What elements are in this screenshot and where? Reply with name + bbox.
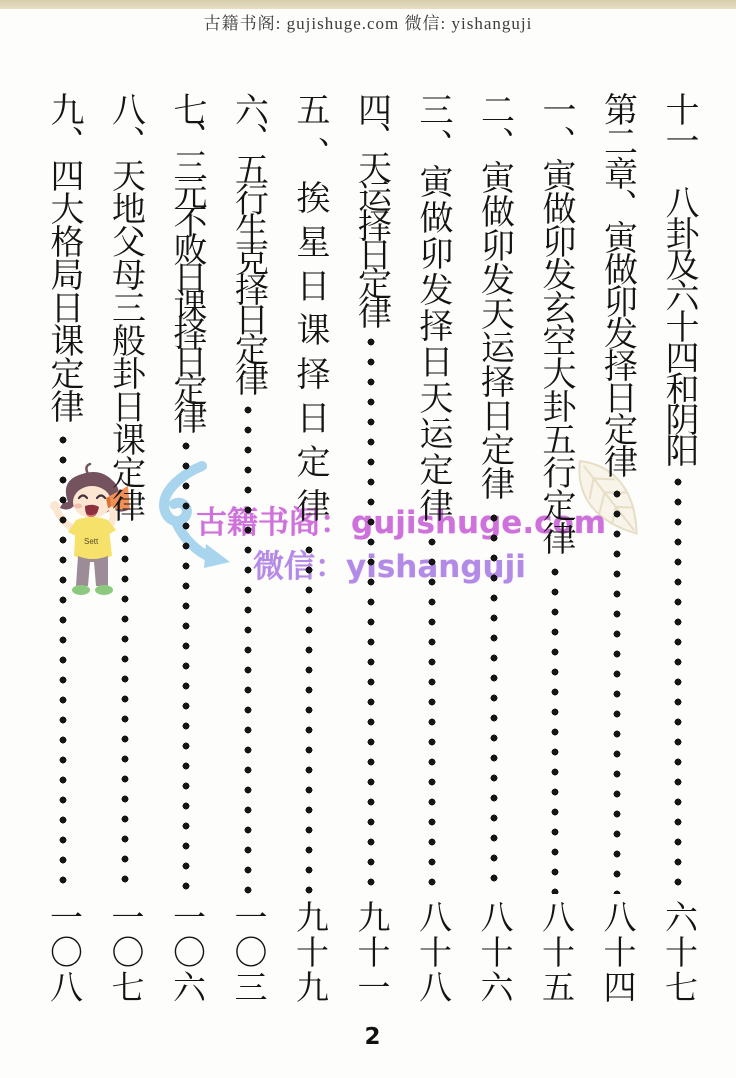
- toc-entry-page: 一〇八: [43, 900, 83, 1005]
- toc-entry: 三、寅做卯发择日天运定律 八十八: [412, 92, 452, 1005]
- toc-entry: 一、寅做卯发玄空大卦五行定律 八十五: [535, 92, 575, 1005]
- toc-entry-title: 三、寅做卯发择日天运定律: [412, 92, 452, 524]
- dot-leader: [549, 562, 561, 894]
- toc-entry-page: 八十五: [535, 900, 575, 1005]
- toc-entry: 五、挨星日课择日定律 九十九: [289, 92, 329, 1005]
- toc-entry-title: 九、四大格局日课定律: [43, 92, 83, 422]
- toc-entry-title: 五、挨星日课择日定律: [289, 92, 329, 532]
- toc-entry: 八、天地父母三般卦日课定律 一〇七: [105, 92, 145, 1005]
- toc-entry-page: 一〇六: [166, 900, 206, 1005]
- dot-leader: [119, 529, 131, 894]
- page-top-bar: [0, 0, 736, 9]
- toc-entry-title: 十一 八卦及六十四和阴阳: [658, 92, 698, 464]
- toc-entry-title: 八、天地父母三般卦日课定律: [105, 92, 145, 521]
- toc-entry-title: 四、天运择日定律: [351, 92, 391, 324]
- toc-entry: 九、四大格局日课定律 一〇八: [43, 92, 83, 1005]
- toc-entry-page: 八十八: [412, 900, 452, 1005]
- dot-leader: [242, 400, 254, 894]
- toc-entry-page: 一〇七: [105, 900, 145, 1005]
- dot-leader: [611, 484, 623, 894]
- dot-leader: [303, 540, 315, 894]
- toc-entry: 第二章、寅做卯发择日定律 八十四: [597, 92, 637, 1005]
- toc-entry-page: 六十七: [658, 900, 698, 1005]
- toc-entry-title: 六、五行生克择日定律: [228, 92, 268, 392]
- dot-leader: [365, 332, 377, 894]
- page-number: 2: [0, 1024, 736, 1050]
- table-of-contents: 十一 八卦及六十四和阴阳 六十七 第二章、寅做卯发择日定律 八十四 一、寅做卯发…: [42, 92, 698, 1005]
- dot-leader: [426, 532, 438, 894]
- header-watermark-text: 古籍书阁: gujishuge.com 微信: yishanguji: [0, 9, 736, 35]
- dot-leader: [180, 436, 192, 894]
- toc-entry-page: 一〇三: [228, 900, 268, 1005]
- dot-leader: [672, 472, 684, 894]
- toc-entry-title: 二、寅做卯发天运择日定律: [474, 92, 514, 500]
- toc-entry-page: 八十四: [597, 900, 637, 1005]
- dot-leader: [488, 508, 500, 894]
- toc-entry-page: 九十一: [351, 900, 391, 1005]
- toc-entry: 四、天运择日定律 九十一: [351, 92, 391, 1005]
- toc-entry: 二、寅做卯发天运择日定律 八十六: [474, 92, 514, 1005]
- toc-entry-page: 九十九: [289, 900, 329, 1005]
- toc-entry-title: 一、寅做卯发玄空大卦五行定律: [535, 92, 575, 554]
- toc-entry: 六、五行生克择日定律 一〇三: [228, 92, 268, 1005]
- toc-entry-page: 八十六: [474, 900, 514, 1005]
- toc-entry: 十一 八卦及六十四和阴阳 六十七: [658, 92, 698, 1005]
- toc-entry-title: 七、三元不败日课择日定律: [166, 92, 206, 428]
- dot-leader: [57, 430, 69, 894]
- toc-entry: 七、三元不败日课择日定律 一〇六: [166, 92, 206, 1005]
- toc-entry-title: 第二章、寅做卯发择日定律: [597, 92, 637, 476]
